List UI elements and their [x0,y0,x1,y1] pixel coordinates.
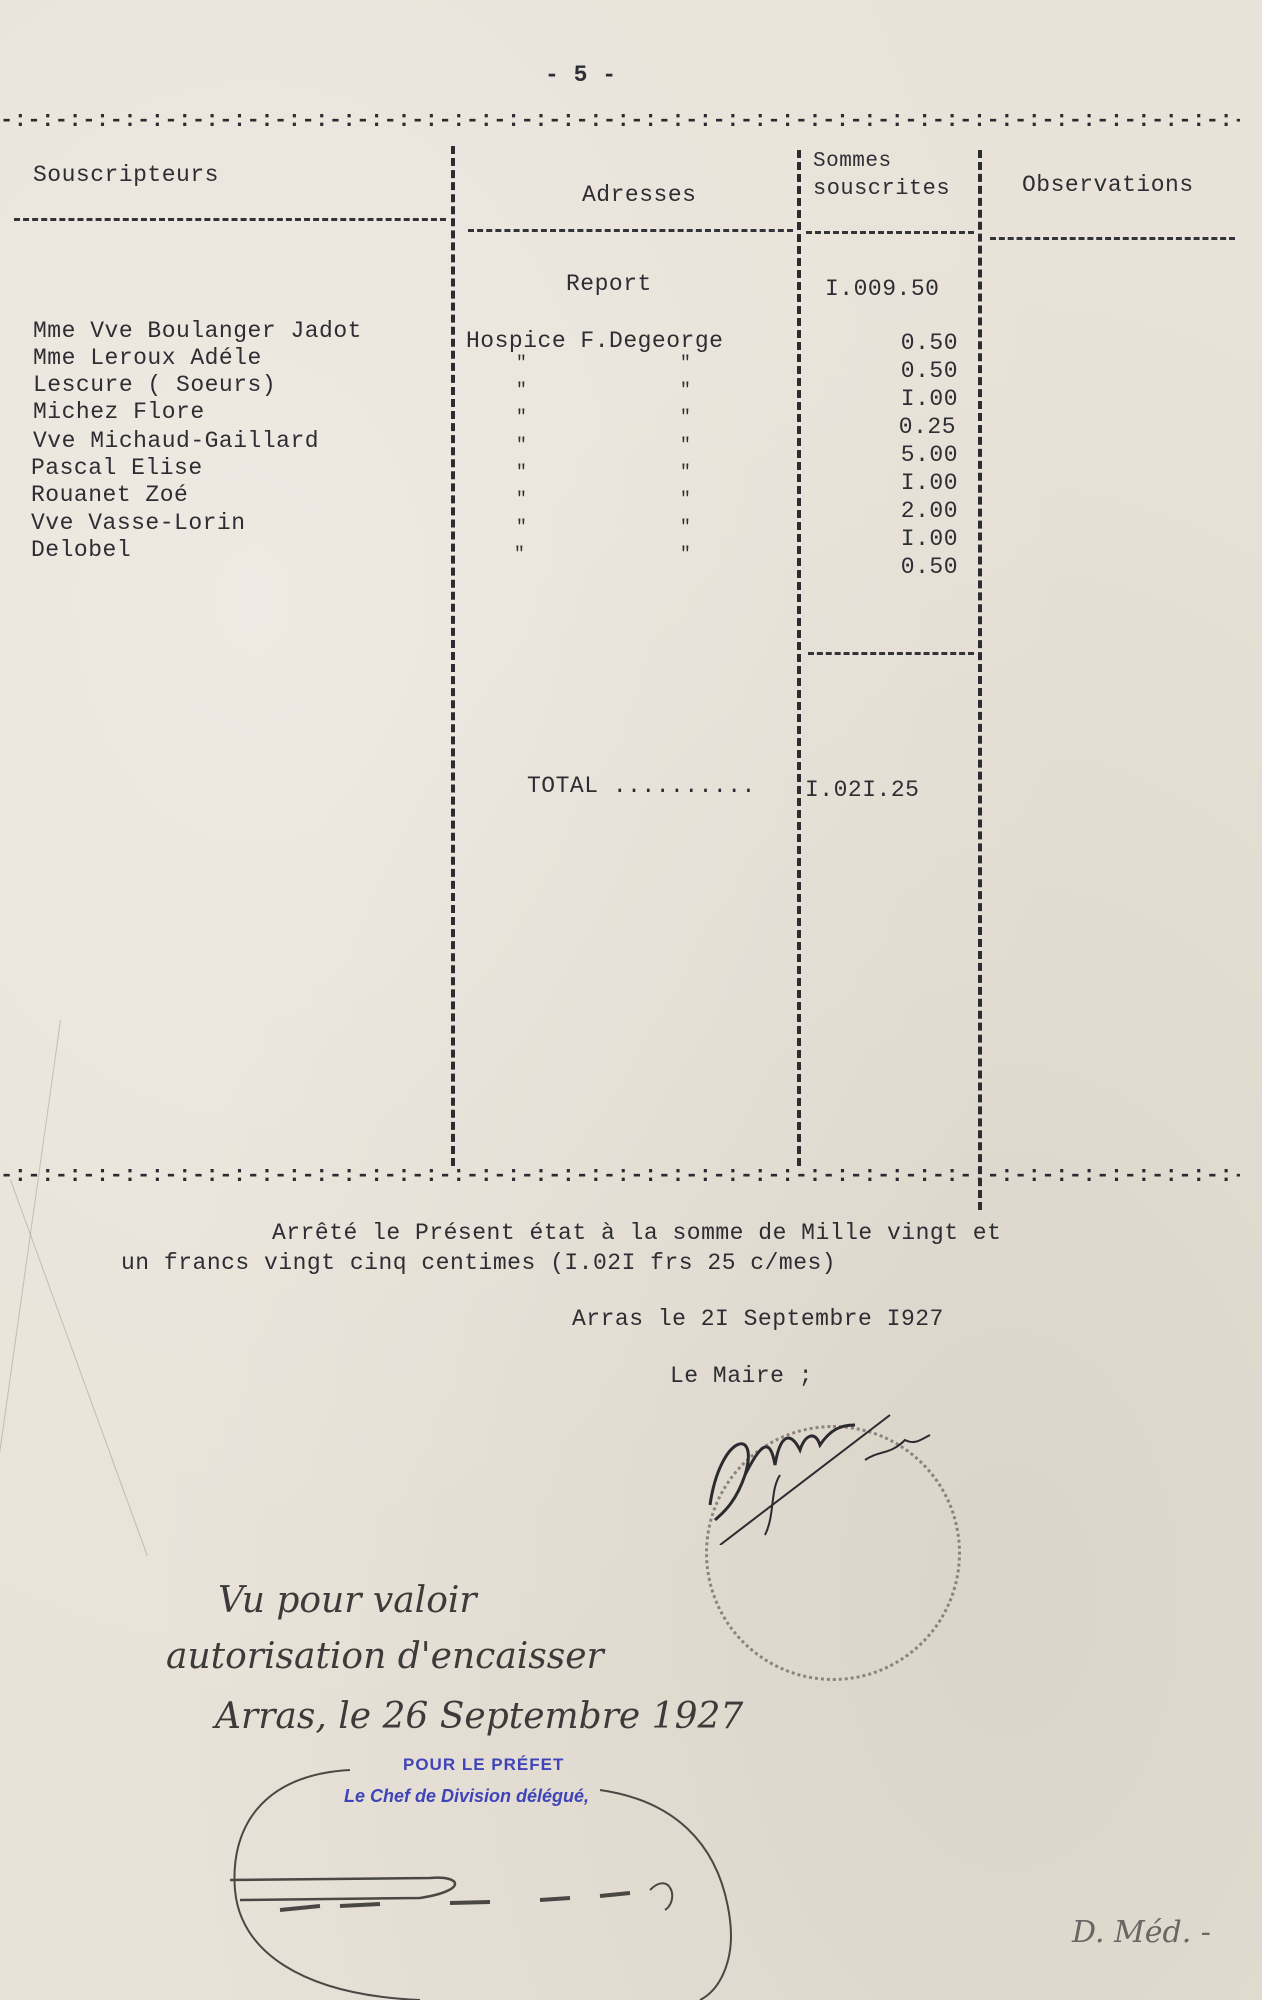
header-underline [806,231,974,234]
subscriber-name: Vve Vasse-Lorin [31,510,246,538]
ditto-mark: " [516,381,527,401]
handwritten-approval-line1: Vu pour valoir [218,1580,477,1621]
total-label: TOTAL .......... [527,773,756,799]
paper-crease [0,1020,61,1713]
ditto-mark: " [680,354,691,374]
subscriber-name: Rouanet Zoé [31,482,188,510]
ditto-mark: " [680,381,691,401]
header-underline [468,229,793,232]
amount: I.00 [808,526,958,552]
header-addresses: Adresses [582,182,696,208]
subscriber-name: Mme Leroux Adéle [33,345,262,373]
subscriber-name: Mme Vve Boulanger Jadot [33,318,362,346]
amount: 5.00 [808,442,958,468]
paper-crease [10,1180,148,1556]
ditto-mark: " [516,354,527,374]
ditto-mark: " [680,436,691,456]
subscriber-name: Delobel [31,537,131,565]
ditto-mark: " [516,463,527,483]
page-number: - 5 - [545,62,617,88]
ditto-mark: " [516,518,527,538]
table-top-border: -:-:-:-:-:-:-:-:-:-:-:-:-:-:-:-:-:-:-:-:… [0,108,1240,133]
header-amounts-line2: souscrites [813,176,950,201]
column-separator-3 [978,150,982,1210]
subscriber-name: Michez Flore [33,399,205,427]
signatory-title: Le Maire ; [670,1363,813,1389]
column-separator-2 [797,150,801,1166]
total-amount: I.02I.25 [805,777,919,803]
mayor-signature [690,1395,950,1545]
header-subscribers: Souscripteurs [33,162,219,188]
ditto-mark: " [680,545,691,565]
header-underline [14,218,446,221]
amount: 0.50 [808,358,958,384]
ditto-mark: " [516,490,527,510]
handwritten-approval-line2: autorisation d'encaisser [166,1636,604,1677]
subscriber-name: Vve Michaud-Gaillard [33,428,319,456]
ditto-mark: " [516,436,527,456]
amount: 0.50 [808,330,958,356]
prefect-signature [220,1760,760,2000]
subscriber-name: Pascal Elise [31,455,203,483]
ditto-mark: " [516,408,527,428]
table-bottom-border: -:-:-:-:-:-:-:-:-:-:-:-:-:-:-:-:-:-:-:-:… [0,1163,1240,1188]
closing-statement-line1: Arrêté le Présent état à la somme de Mil… [272,1220,1001,1246]
address: Hospice F.Degeorge [466,328,723,354]
header-underline [990,237,1235,240]
ditto-mark: " [680,408,691,428]
carry-forward-label: Report [566,271,652,297]
amount: 2.00 [808,498,958,524]
handwritten-approval-line3: Arras, le 26 Septembre 1927 [215,1696,743,1737]
ditto-mark: " [680,518,691,538]
amount: 0.25 [806,414,956,440]
ditto-mark: " [680,490,691,510]
subtotal-rule [808,652,974,655]
closing-statement-line2: un francs vingt cinq centimes (I.02I frs… [121,1250,836,1276]
subscriber-name: Lescure ( Soeurs) [33,372,276,400]
amount: I.00 [808,470,958,496]
ditto-mark: " [514,545,525,565]
amount: 0.50 [808,554,958,580]
header-observations: Observations [1022,172,1194,198]
corner-handwritten-note: D. Méd. - [1072,1915,1211,1950]
column-separator-1 [451,146,455,1166]
header-amounts-line1: Sommes [813,150,892,173]
ditto-mark: " [680,463,691,483]
amount: I.00 [808,386,958,412]
place-date: Arras le 2I Septembre I927 [572,1306,944,1332]
carry-forward-amount: I.009.50 [825,276,939,302]
